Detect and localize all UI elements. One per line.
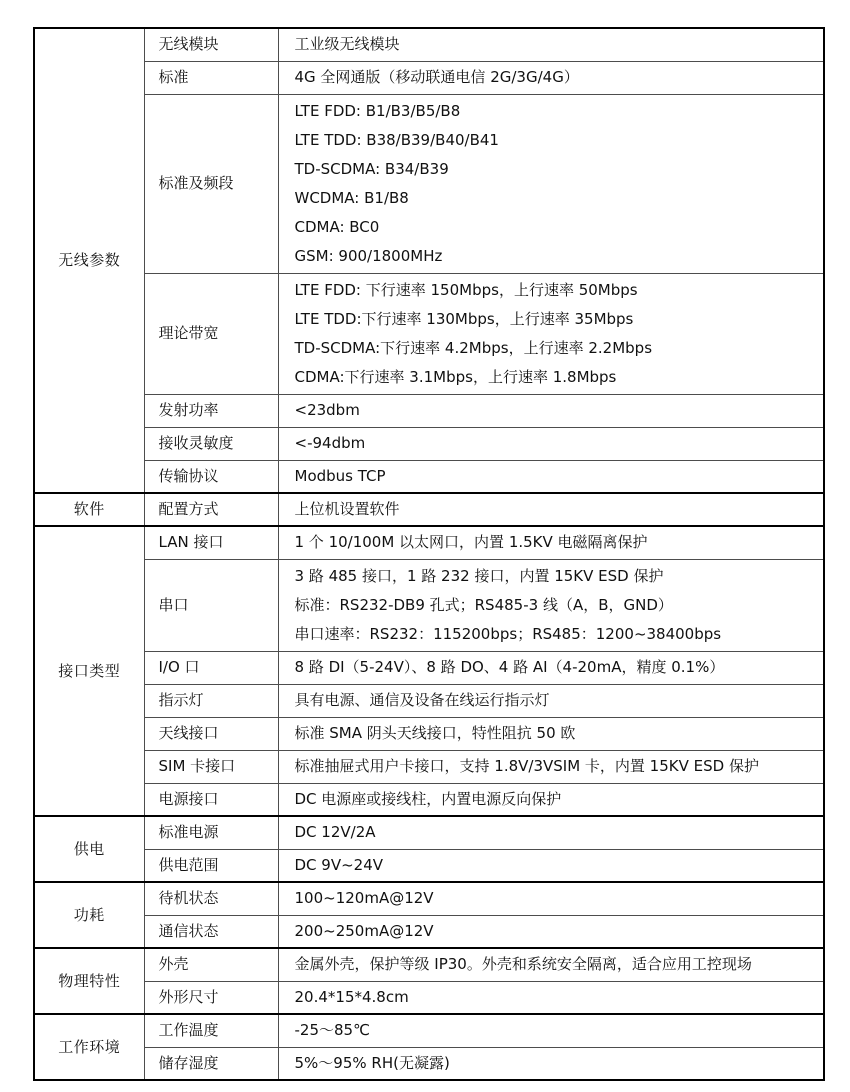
spec-table-body: 无线参数无线模块工业级无线模块标准4G 全网通版（移动联通电信 2G/3G/4G…: [34, 28, 824, 1080]
spec-value-cell: 200~250mA@12V: [278, 915, 824, 948]
spec-value-cell: LTE FDD: B1/B3/B5/B8LTE TDD: B38/B39/B40…: [278, 94, 824, 273]
spec-label-cell: 工作温度: [144, 1014, 278, 1047]
spec-value-line: Modbus TCP: [295, 462, 818, 491]
spec-value-line: 标准：RS232-DB9 孔式；RS485-3 线（A，B，GND）: [295, 591, 818, 620]
spec-value-line: 20.4*15*4.8cm: [295, 983, 818, 1012]
spec-value-line: -25～85℃: [295, 1016, 818, 1045]
spec-value-cell: 上位机设置软件: [278, 493, 824, 526]
spec-value-cell: 标准抽屉式用户卡接口，支持 1.8V/3VSIM 卡，内置 15KV ESD 保…: [278, 750, 824, 783]
spec-label-cell: 发射功率: [144, 394, 278, 427]
spec-label-cell: 电源接口: [144, 783, 278, 816]
spec-value-line: <-94dbm: [295, 429, 818, 458]
spec-label-cell: 理论带宽: [144, 273, 278, 394]
spec-value-line: TD-SCDMA:下行速率 4.2Mbps，上行速率 2.2Mbps: [295, 334, 818, 363]
spec-label-cell: 标准及频段: [144, 94, 278, 273]
spec-label-cell: 配置方式: [144, 493, 278, 526]
spec-label-cell: 待机状态: [144, 882, 278, 915]
spec-value-line: DC 12V/2A: [295, 818, 818, 847]
table-row: 物理特性外壳金属外壳，保护等级 IP30。外壳和系统安全隔离，适合应用工控现场: [34, 948, 824, 981]
table-row: 理论带宽LTE FDD: 下行速率 150Mbps，上行速率 50MbpsLTE…: [34, 273, 824, 394]
spec-label-cell: SIM 卡接口: [144, 750, 278, 783]
table-row: 电源接口DC 电源座或接线柱，内置电源反向保护: [34, 783, 824, 816]
spec-value-cell: DC 9V~24V: [278, 849, 824, 882]
table-row: 储存湿度5%～95% RH(无凝露): [34, 1047, 824, 1080]
spec-value-line: 标准 SMA 阴头天线接口，特性阻抗 50 欧: [295, 719, 818, 748]
spec-value-line: LTE TDD:下行速率 130Mbps，上行速率 35Mbps: [295, 305, 818, 334]
spec-value-line: 8 路 DI（5-24V）、8 路 DO、4 路 AI（4-20mA，精度 0.…: [295, 653, 818, 682]
spec-value-cell: 金属外壳，保护等级 IP30。外壳和系统安全隔离，适合应用工控现场: [278, 948, 824, 981]
spec-label-cell: 标准: [144, 61, 278, 94]
spec-label-cell: 外壳: [144, 948, 278, 981]
spec-value-line: CDMA: BC0: [295, 213, 818, 242]
spec-value-line: 上位机设置软件: [295, 495, 818, 524]
spec-label-cell: 储存湿度: [144, 1047, 278, 1080]
spec-label-cell: 接收灵敏度: [144, 427, 278, 460]
spec-value-cell: 8 路 DI（5-24V）、8 路 DO、4 路 AI（4-20mA，精度 0.…: [278, 651, 824, 684]
table-row: 标准4G 全网通版（移动联通电信 2G/3G/4G）: [34, 61, 824, 94]
category-cell: 工作环境: [34, 1014, 144, 1080]
table-row: 标准及频段LTE FDD: B1/B3/B5/B8LTE TDD: B38/B3…: [34, 94, 824, 273]
table-row: 指示灯具有电源、通信及设备在线运行指示灯: [34, 684, 824, 717]
spec-value-line: 工业级无线模块: [295, 30, 818, 59]
spec-label-cell: 标准电源: [144, 816, 278, 849]
spec-label-cell: 指示灯: [144, 684, 278, 717]
table-row: 接口类型LAN 接口1 个 10/100M 以太网口，内置 1.5KV 电磁隔离…: [34, 526, 824, 559]
spec-label-cell: 天线接口: [144, 717, 278, 750]
spec-value-cell: -25～85℃: [278, 1014, 824, 1047]
spec-value-line: 金属外壳，保护等级 IP30。外壳和系统安全隔离，适合应用工控现场: [295, 950, 818, 979]
spec-label-cell: 串口: [144, 559, 278, 651]
spec-value-cell: Modbus TCP: [278, 460, 824, 493]
spec-sheet-page: 无线参数无线模块工业级无线模块标准4G 全网通版（移动联通电信 2G/3G/4G…: [0, 0, 850, 1092]
spec-value-line: 具有电源、通信及设备在线运行指示灯: [295, 686, 818, 715]
spec-value-cell: <-94dbm: [278, 427, 824, 460]
spec-value-line: 100~120mA@12V: [295, 884, 818, 913]
category-cell: 物理特性: [34, 948, 144, 1014]
spec-value-line: CDMA:下行速率 3.1Mbps，上行速率 1.8Mbps: [295, 363, 818, 392]
spec-value-line: 3 路 485 接口，1 路 232 接口，内置 15KV ESD 保护: [295, 562, 818, 591]
spec-label-cell: 无线模块: [144, 28, 278, 61]
spec-value-line: <23dbm: [295, 396, 818, 425]
spec-label-cell: 传输协议: [144, 460, 278, 493]
table-row: 无线参数无线模块工业级无线模块: [34, 28, 824, 61]
spec-value-cell: 5%～95% RH(无凝露): [278, 1047, 824, 1080]
spec-value-cell: 4G 全网通版（移动联通电信 2G/3G/4G）: [278, 61, 824, 94]
table-row: 传输协议Modbus TCP: [34, 460, 824, 493]
table-row: 接收灵敏度<-94dbm: [34, 427, 824, 460]
table-row: 供电标准电源DC 12V/2A: [34, 816, 824, 849]
table-row: 功耗待机状态100~120mA@12V: [34, 882, 824, 915]
spec-value-cell: 3 路 485 接口，1 路 232 接口，内置 15KV ESD 保护标准：R…: [278, 559, 824, 651]
spec-value-line: GSM: 900/1800MHz: [295, 242, 818, 271]
spec-value-line: 5%～95% RH(无凝露): [295, 1049, 818, 1078]
table-row: 通信状态200~250mA@12V: [34, 915, 824, 948]
spec-value-line: 1 个 10/100M 以太网口，内置 1.5KV 电磁隔离保护: [295, 528, 818, 557]
spec-value-line: DC 9V~24V: [295, 851, 818, 880]
spec-value-line: 串口速率：RS232：115200bps；RS485：1200~38400bps: [295, 620, 818, 649]
spec-value-cell: DC 电源座或接线柱，内置电源反向保护: [278, 783, 824, 816]
spec-value-line: 标准抽屉式用户卡接口，支持 1.8V/3VSIM 卡，内置 15KV ESD 保…: [295, 752, 818, 781]
spec-value-line: LTE TDD: B38/B39/B40/B41: [295, 126, 818, 155]
spec-value-line: DC 电源座或接线柱，内置电源反向保护: [295, 785, 818, 814]
spec-value-cell: 1 个 10/100M 以太网口，内置 1.5KV 电磁隔离保护: [278, 526, 824, 559]
spec-value-cell: 20.4*15*4.8cm: [278, 981, 824, 1014]
spec-value-line: LTE FDD: 下行速率 150Mbps，上行速率 50Mbps: [295, 276, 818, 305]
spec-label-cell: 通信状态: [144, 915, 278, 948]
spec-label-cell: I/O 口: [144, 651, 278, 684]
table-row: 天线接口标准 SMA 阴头天线接口，特性阻抗 50 欧: [34, 717, 824, 750]
spec-value-cell: LTE FDD: 下行速率 150Mbps，上行速率 50MbpsLTE TDD…: [278, 273, 824, 394]
category-cell: 无线参数: [34, 28, 144, 493]
spec-label-cell: LAN 接口: [144, 526, 278, 559]
table-row: 发射功率<23dbm: [34, 394, 824, 427]
table-row: 工作环境工作温度-25～85℃: [34, 1014, 824, 1047]
spec-label-cell: 外形尺寸: [144, 981, 278, 1014]
spec-value-cell: 工业级无线模块: [278, 28, 824, 61]
category-cell: 接口类型: [34, 526, 144, 816]
table-row: 软件配置方式上位机设置软件: [34, 493, 824, 526]
spec-table: 无线参数无线模块工业级无线模块标准4G 全网通版（移动联通电信 2G/3G/4G…: [33, 27, 825, 1081]
spec-label-cell: 供电范围: [144, 849, 278, 882]
spec-value-cell: <23dbm: [278, 394, 824, 427]
spec-value-cell: 具有电源、通信及设备在线运行指示灯: [278, 684, 824, 717]
spec-value-line: LTE FDD: B1/B3/B5/B8: [295, 97, 818, 126]
category-cell: 软件: [34, 493, 144, 526]
spec-value-line: TD-SCDMA: B34/B39: [295, 155, 818, 184]
table-row: 串口3 路 485 接口，1 路 232 接口，内置 15KV ESD 保护标准…: [34, 559, 824, 651]
spec-value-cell: 100~120mA@12V: [278, 882, 824, 915]
spec-value-line: WCDMA: B1/B8: [295, 184, 818, 213]
spec-value-line: 200~250mA@12V: [295, 917, 818, 946]
spec-value-cell: 标准 SMA 阴头天线接口，特性阻抗 50 欧: [278, 717, 824, 750]
table-row: SIM 卡接口标准抽屉式用户卡接口，支持 1.8V/3VSIM 卡，内置 15K…: [34, 750, 824, 783]
table-row: 供电范围DC 9V~24V: [34, 849, 824, 882]
table-row: I/O 口8 路 DI（5-24V）、8 路 DO、4 路 AI（4-20mA，…: [34, 651, 824, 684]
spec-value-line: 4G 全网通版（移动联通电信 2G/3G/4G）: [295, 63, 818, 92]
table-row: 外形尺寸20.4*15*4.8cm: [34, 981, 824, 1014]
category-cell: 功耗: [34, 882, 144, 948]
spec-value-cell: DC 12V/2A: [278, 816, 824, 849]
category-cell: 供电: [34, 816, 144, 882]
